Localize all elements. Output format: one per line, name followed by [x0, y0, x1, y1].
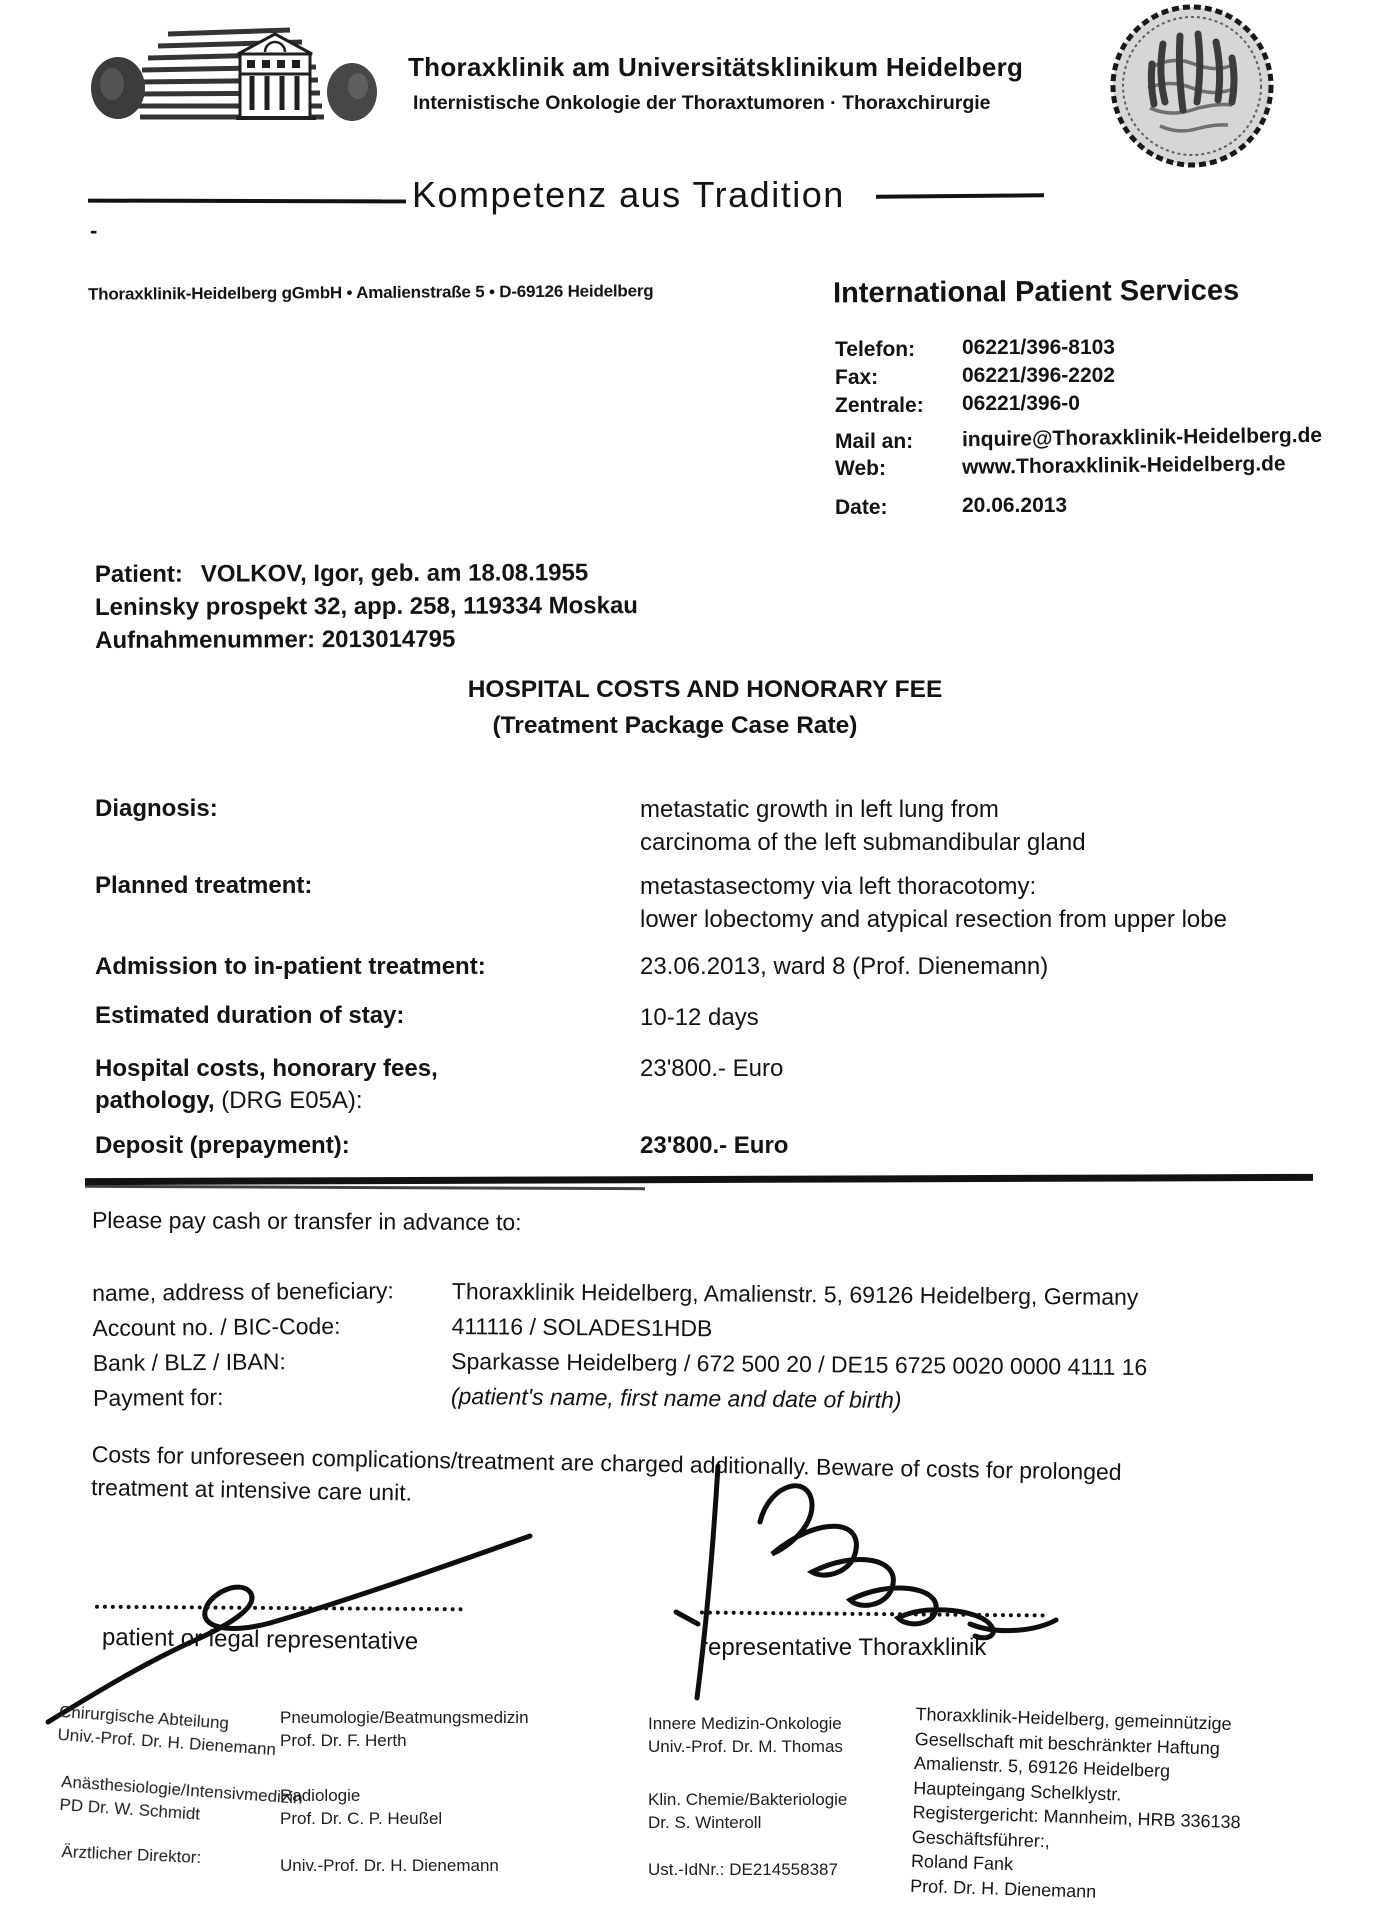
- footer-col2-dept1-line2: Prof. Dr. F. Herth: [280, 1729, 529, 1752]
- footer-col3-dept3-line1: Ust.-IdNr.: DE214558387: [648, 1858, 838, 1881]
- hospital-costs-label: Hospital costs, honorary fees, pathology…: [95, 1053, 438, 1117]
- planned-treatment-value-line2: lower lobectomy and atypical resection f…: [640, 903, 1227, 936]
- footer-col3-dept2-line2: Dr. S. Winteroll: [648, 1811, 847, 1834]
- document-page: Thoraxklinik am Universitätsklinikum Hei…: [0, 0, 1385, 1927]
- clinic-signature-label: representative Thoraxklinik: [700, 1634, 986, 1662]
- footer-col2-dept3: Univ.-Prof. Dr. H. Dienemann: [280, 1854, 499, 1877]
- contact-value-telefon: 06221/396-8103: [962, 336, 1115, 360]
- payment-label-payment-for: Payment for:: [93, 1378, 395, 1416]
- contact-value-fax: 06221/396-2202: [962, 364, 1115, 388]
- doc-title-line1: HOSPITAL COSTS AND HONORARY FEE: [85, 676, 1325, 704]
- clinic-building-logo-icon: [90, 14, 390, 126]
- footer-col3-dept1-line1: Innere Medizin-Onkologie: [648, 1712, 843, 1735]
- stray-dash: -: [90, 218, 97, 244]
- patient-name: VOLKOV, Igor, geb. am 18.08.1955: [201, 559, 588, 588]
- planned-treatment-value-line1: metastasectomy via left thoracotomy:: [640, 870, 1227, 903]
- diagnosis-value: metastatic growth in left lung from carc…: [640, 793, 1086, 859]
- footer-col2-dept2: Radiologie Prof. Dr. C. P. Heußel: [280, 1784, 442, 1830]
- contact-value-zentrale: 06221/396-0: [962, 392, 1080, 416]
- footer-col1-dept3: Ärztlicher Direktor:: [61, 1840, 202, 1869]
- tagline-rule-left: [88, 199, 406, 203]
- contact-title: International Patient Services: [833, 275, 1239, 311]
- patient-block: Patient: VOLKOV, Igor, geb. am 18.08.195…: [95, 559, 638, 655]
- section-divider: [85, 1174, 1313, 1185]
- duration-label: Estimated duration of stay:: [95, 1002, 404, 1030]
- admission-label: Admission to in-patient treatment:: [95, 953, 486, 981]
- patient-label: Patient:: [95, 561, 183, 589]
- footer-col1-dept3-line1: Ärztlicher Direktor:: [61, 1840, 202, 1869]
- contact-label-telefon: Telefon:: [835, 338, 915, 362]
- footer-col2-dept2-line2: Prof. Dr. C. P. Heußel: [280, 1807, 442, 1830]
- footer-col2-dept3-line1: Univ.-Prof. Dr. H. Dienemann: [280, 1854, 499, 1877]
- footer-col3-dept3: Ust.-IdNr.: DE214558387: [648, 1858, 838, 1881]
- footer-col4: Thoraxklinik-Heidelberg, gemeinnützige G…: [910, 1702, 1244, 1908]
- payment-values: Thoraxklinik Heidelberg, Amalienstr. 5, …: [451, 1274, 1148, 1420]
- payment-label-bank: Bank / BLZ / IBAN:: [93, 1343, 395, 1381]
- hospital-costs-label-line1: Hospital costs, honorary fees,: [95, 1053, 438, 1085]
- patient-name-line: Patient: VOLKOV, Igor, geb. am 18.08.195…: [95, 559, 638, 589]
- university-seal-icon: [1108, 2, 1276, 170]
- admission-value: 23.06.2013, ward 8 (Prof. Dienemann): [640, 953, 1048, 981]
- payment-value-payment-for: (patient's name, first name and date of …: [451, 1379, 1147, 1420]
- payment-intro: Please pay cash or transfer in advance t…: [92, 1207, 522, 1236]
- hospital-costs-value: 23'800.- Euro: [640, 1055, 783, 1083]
- tagline: Kompetenz aus Tradition: [412, 174, 845, 216]
- clinic-name: Thoraxklinik am Universitätsklinikum Hei…: [408, 52, 1023, 83]
- sender-line: Thoraxklinik-Heidelberg gGmbH • Amaliens…: [88, 281, 654, 304]
- contact-label-web: Web:: [835, 457, 886, 481]
- planned-treatment-label: Planned treatment:: [95, 872, 312, 900]
- contact-label-fax: Fax:: [835, 366, 878, 390]
- tagline-rule-right: [876, 193, 1044, 198]
- diagnosis-label: Diagnosis:: [95, 795, 218, 823]
- footer-col3-dept2: Klin. Chemie/Bakteriologie Dr. S. Winter…: [648, 1788, 847, 1834]
- contact-value-web: www.Thoraxklinik-Heidelberg.de: [962, 452, 1286, 479]
- patient-address: Leninsky prospekt 32, app. 258, 119334 M…: [95, 592, 638, 622]
- footer-col2-dept1-line1: Pneumologie/Beatmungsmedizin: [280, 1706, 529, 1729]
- contact-label-mail: Mail an:: [835, 430, 913, 454]
- hospital-costs-label-line2: pathology, (DRG E05A):: [95, 1085, 438, 1117]
- doc-title-line2: (Treatment Package Case Rate): [55, 712, 1295, 740]
- payment-label-beneficiary: name, address of beneficiary:: [92, 1273, 394, 1311]
- payment-label-account: Account no. / BIC-Code:: [92, 1308, 394, 1346]
- hospital-costs-label-line2-bold: pathology,: [95, 1087, 215, 1114]
- patient-signature-label: patient or legal representative: [102, 1624, 419, 1656]
- clinic-subtitle: Internistische Onkologie der Thoraxtumor…: [413, 92, 991, 115]
- deposit-label: Deposit (prepayment):: [95, 1132, 350, 1160]
- footer-col2-dept1: Pneumologie/Beatmungsmedizin Prof. Dr. F…: [280, 1706, 529, 1752]
- footer-col1-dept2: Anästhesiologie/Intensivmedizin PD Dr. W…: [59, 1770, 304, 1833]
- footer-col3-dept1-line2: Univ.-Prof. Dr. M. Thomas: [648, 1735, 843, 1758]
- clinic-signature-icon: [640, 1462, 1070, 1702]
- contact-value-mail: inquire@Thoraxklinik-Heidelberg.de: [962, 424, 1322, 452]
- footer-col3-dept1: Innere Medizin-Onkologie Univ.-Prof. Dr.…: [648, 1712, 843, 1758]
- deposit-value: 23'800.- Euro: [640, 1132, 788, 1160]
- diagnosis-value-line1: metastatic growth in left lung from: [640, 793, 1086, 826]
- footer-col3-dept2-line1: Klin. Chemie/Bakteriologie: [648, 1788, 847, 1811]
- hospital-costs-label-line2-normal: (DRG E05A):: [215, 1087, 363, 1114]
- contact-label-zentrale: Zentrale:: [835, 394, 924, 418]
- duration-value: 10-12 days: [640, 1004, 759, 1032]
- diagnosis-value-line2: carcinoma of the left submandibular glan…: [640, 826, 1086, 859]
- section-divider-echo: [85, 1185, 645, 1190]
- contact-value-date: 20.06.2013: [962, 494, 1067, 518]
- planned-treatment-value: metastasectomy via left thoracotomy: low…: [640, 870, 1227, 936]
- payment-value-account: 411116 / SOLADES1HDB: [451, 1309, 1147, 1350]
- contact-label-date: Date:: [835, 496, 888, 520]
- footer-col2-dept2-line1: Radiologie: [280, 1784, 442, 1807]
- payment-value-beneficiary: Thoraxklinik Heidelberg, Amalienstr. 5, …: [452, 1274, 1148, 1315]
- payment-labels: name, address of beneficiary: Account no…: [92, 1273, 395, 1416]
- patient-admission-number: Aufnahmenummer: 2013014795: [95, 625, 638, 655]
- payment-value-bank: Sparkasse Heidelberg / 672 500 20 / DE15…: [451, 1344, 1147, 1385]
